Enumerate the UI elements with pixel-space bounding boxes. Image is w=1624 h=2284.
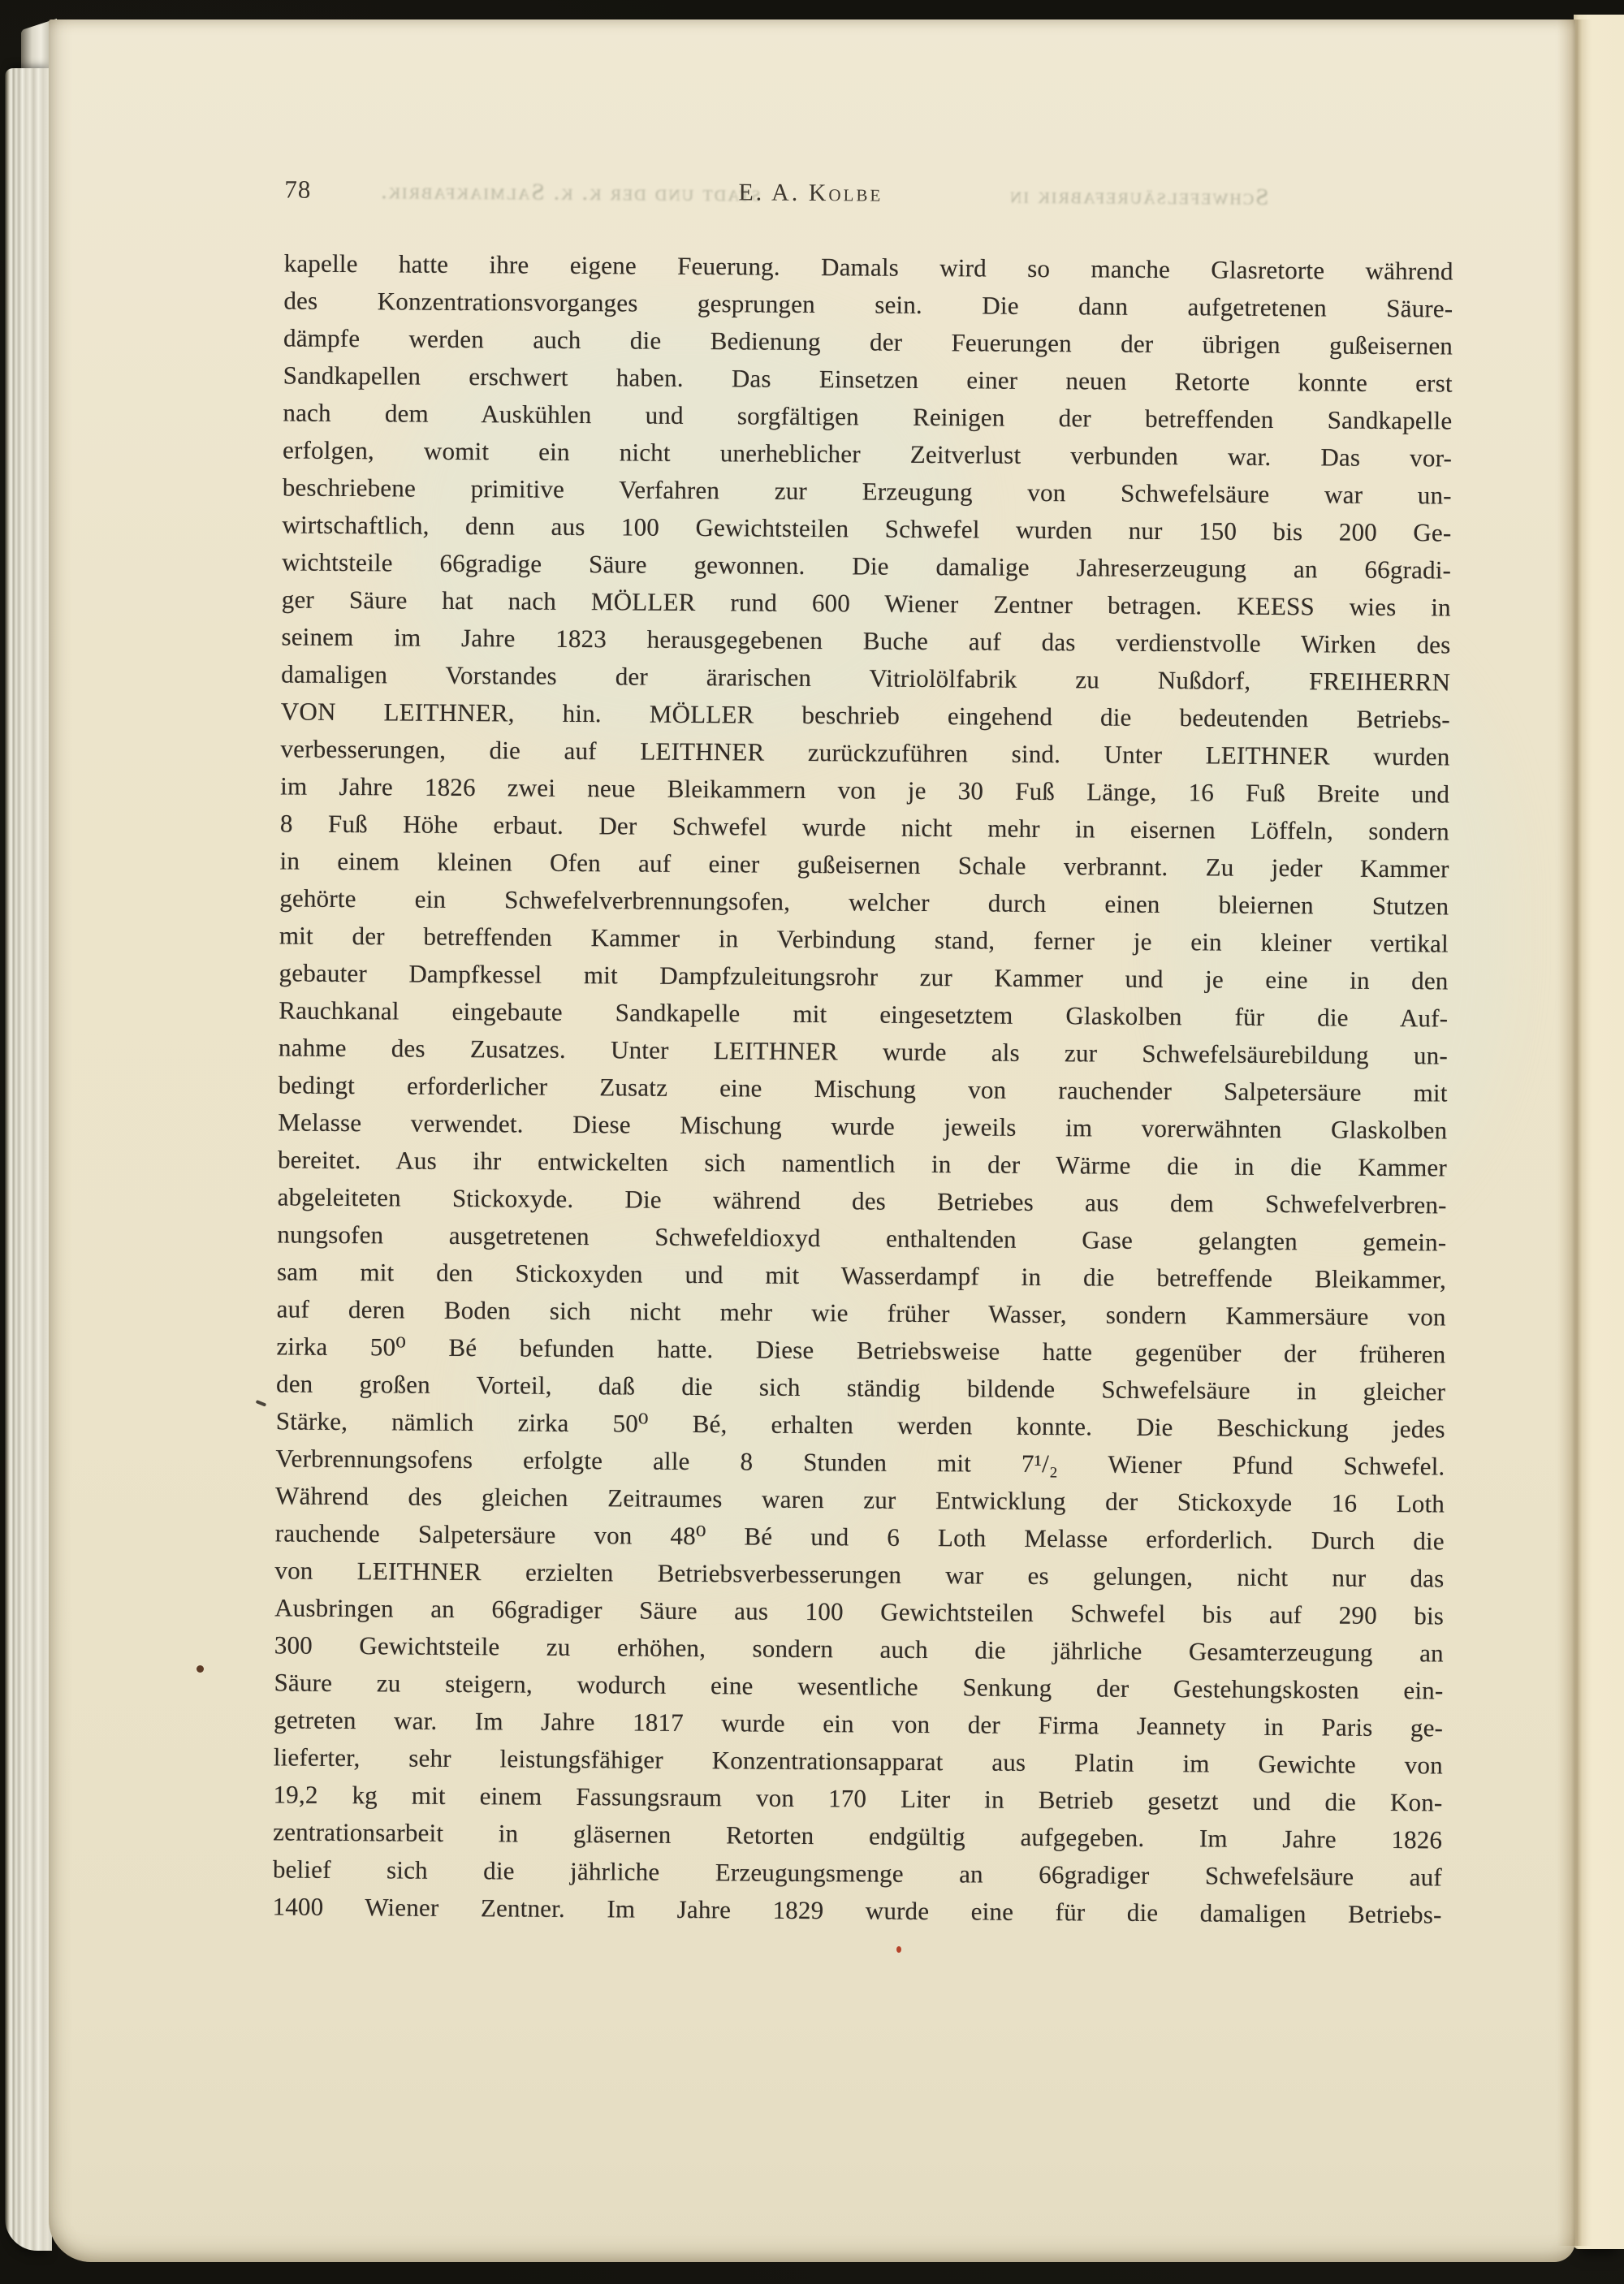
running-header: E. A. Kolbe: [47, 174, 1574, 212]
ink-speck-red: [896, 1946, 901, 1953]
printed-content: stadt und der k. k. Salmiakfabrik. Schwe…: [0, 0, 1624, 2284]
body-text-block: kapelle hatte ihre eigene Feuerung. Dama…: [272, 244, 1453, 1933]
body-text-line: 1400 Wiener Zentner. Im Jahre 1829 wurde…: [272, 1888, 1441, 1933]
ink-speck-brown: [197, 1665, 204, 1673]
scanned-book-photo: { "document": { "page_number": "78", "ru…: [0, 0, 1624, 2284]
margin-dash-mark: [256, 1400, 267, 1407]
